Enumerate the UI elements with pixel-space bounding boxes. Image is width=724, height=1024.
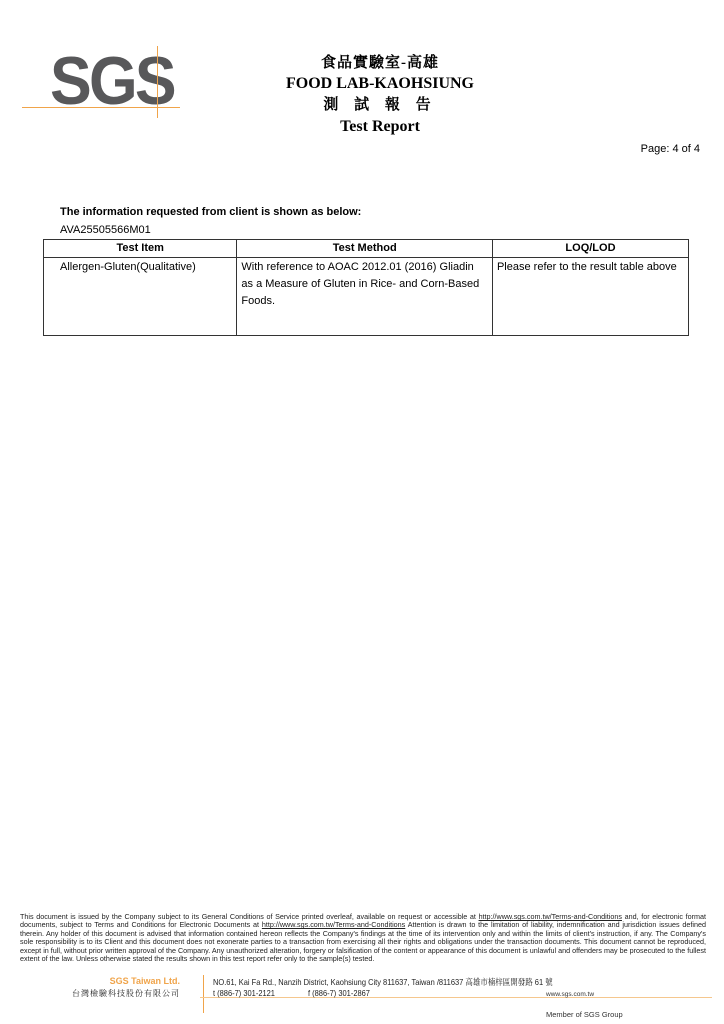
company-name-english: SGS Taiwan Ltd. — [60, 976, 180, 986]
lab-title-english: FOOD LAB-KAOHSIUNG — [230, 73, 530, 95]
header-test-method: Test Method — [237, 240, 493, 258]
report-title-chinese: 測 試 報 告 — [230, 95, 530, 115]
table-row: Allergen-Gluten(Qualitative) With refere… — [44, 258, 689, 336]
page-footer: SGS Taiwan Ltd. 台灣檢驗科技股份有限公司 NO.61, Kai … — [0, 972, 724, 1024]
address-chinese: 高雄市楠梓區開發路 61 號 — [465, 977, 552, 987]
address-english: NO.61, Kai Fa Rd., Nanzih District, Kaoh… — [213, 977, 465, 987]
logo-text: SGS — [50, 46, 174, 116]
test-info-table: Test Item Test Method LOQ/LOD Allergen-G… — [43, 239, 689, 336]
legal-disclaimer: This document is issued by the Company s… — [20, 913, 706, 963]
cell-loq-lod: Please refer to the result table above — [492, 258, 688, 336]
website-link[interactable]: www.sgs.com.tw — [546, 991, 594, 998]
header-test-item: Test Item — [44, 240, 237, 258]
cell-test-item: Allergen-Gluten(Qualitative) — [44, 258, 237, 336]
lab-title-chinese: 食品實驗室-高雄 — [230, 53, 530, 73]
header-loq-lod: LOQ/LOD — [492, 240, 688, 258]
report-title-english: Test Report — [230, 115, 530, 139]
report-title-block: 食品實驗室-高雄 FOOD LAB-KAOHSIUNG 測 試 報 告 Test… — [230, 53, 530, 139]
page-number: Page: 4 of 4 — [641, 143, 700, 155]
logo-vertical-line — [157, 46, 158, 118]
info-heading: The information requested from client is… — [60, 206, 361, 218]
company-address: NO.61, Kai Fa Rd., Nanzih District, Kaoh… — [213, 976, 553, 988]
footer-horizontal-line — [200, 997, 712, 998]
telephone: t (886-7) 301-2121 — [213, 988, 275, 998]
table-header-row: Test Item Test Method LOQ/LOD — [44, 240, 689, 258]
member-of-group: Member of SGS Group — [546, 1010, 623, 1019]
company-name-chinese: 台灣檢驗科技股份有限公司 — [50, 988, 180, 999]
reference-number: AVA25505566M01 — [60, 224, 151, 236]
cell-test-method: With reference to AOAC 2012.01 (2016) Gl… — [237, 258, 493, 336]
fax: f (886-7) 301-2867 — [308, 988, 370, 998]
sgs-logo: SGS — [0, 40, 200, 130]
footer-vertical-line — [203, 975, 204, 1013]
